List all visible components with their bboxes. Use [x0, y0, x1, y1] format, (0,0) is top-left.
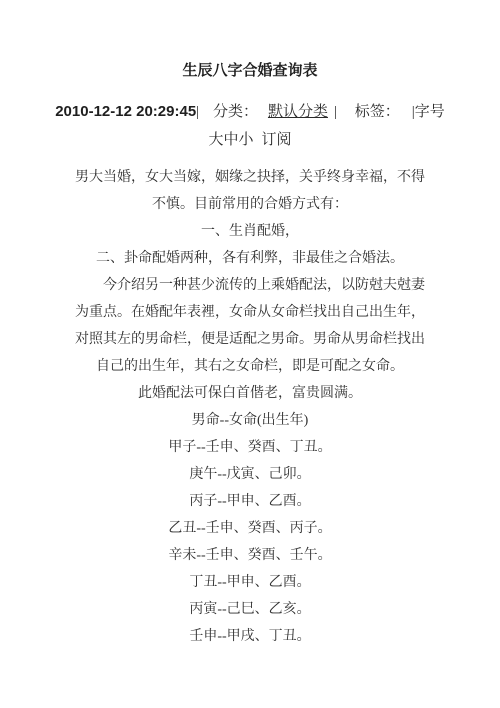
fontsize-large-link[interactable]: 大 [208, 132, 223, 148]
paragraph-intro: 男大当婚，女大当嫁，姻缘之抉择，关乎终身幸福，不得不慎。目前常用的合婚方式有： [69, 164, 431, 218]
post-meta-line-1: 2010-12-12 20:29:45| 分类：默认分类| 标签：|字号 [0, 98, 500, 126]
pairing-list-heading: 男命--女命(出生年) [69, 407, 431, 434]
fontsize-label: 字号 [415, 104, 445, 120]
pairing-list: 男命--女命(出生年) 甲子--壬申、癸酉、丁丑。 庚午--戊寅、己卯。 丙子-… [69, 407, 431, 650]
subscribe-link[interactable]: 订阅 [262, 132, 292, 148]
document-page: 生辰八字合婚查询表 2010-12-12 20:29:45| 分类：默认分类| … [0, 0, 500, 708]
pair-row: 甲子--壬申、癸酉、丁丑。 [69, 434, 431, 461]
paragraph-method-1: 一、生肖配婚， [69, 218, 431, 245]
pair-row: 丙子--甲申、乙酉。 [69, 488, 431, 515]
category-link[interactable]: 默认分类 [268, 104, 328, 120]
pipe-separator: | [196, 104, 199, 120]
pair-row: 丙寅--己巳、乙亥。 [69, 596, 431, 623]
fontsize-small-link[interactable]: 小 [239, 132, 254, 148]
post-meta-line-2: 大中小订阅 [0, 126, 500, 154]
post-title: 生辰八字合婚查询表 [0, 60, 500, 82]
post-datetime: 2010-12-12 20:29:45 [55, 103, 196, 120]
pair-row: 乙丑--壬申、癸酉、丙子。 [69, 515, 431, 542]
category-label: 分类： [213, 104, 258, 120]
pair-row: 丁丑--甲申、乙酉。 [69, 569, 431, 596]
post-meta: 2010-12-12 20:29:45| 分类：默认分类| 标签：|字号 大中小… [0, 98, 500, 154]
pair-row: 庚午--戊寅、己卯。 [69, 461, 431, 488]
article-body: 男大当婚，女大当嫁，姻缘之抉择，关乎终身幸福，不得不慎。目前常用的合婚方式有： … [69, 164, 431, 650]
pair-row: 壬申--甲戌、丁丑。 [69, 623, 431, 650]
paragraph-blessing: 此婚配法可保白首偕老，富贵圆满。 [69, 380, 431, 407]
paragraph-method-2: 二、卦命配婚两种，各有利弊，非最佳之合婚法。 [69, 245, 431, 272]
tags-label: 标签： [355, 104, 400, 120]
pipe-separator: | [334, 104, 337, 120]
fontsize-medium-link[interactable]: 中 [223, 132, 238, 148]
paragraph-explanation: 今介绍另一种甚少流传的上乘婚配法，以防尅夫尅妻为重点。在婚配年表裡，女命从女命栏… [69, 272, 431, 380]
pair-row: 辛未--壬申、癸酉、壬午。 [69, 542, 431, 569]
